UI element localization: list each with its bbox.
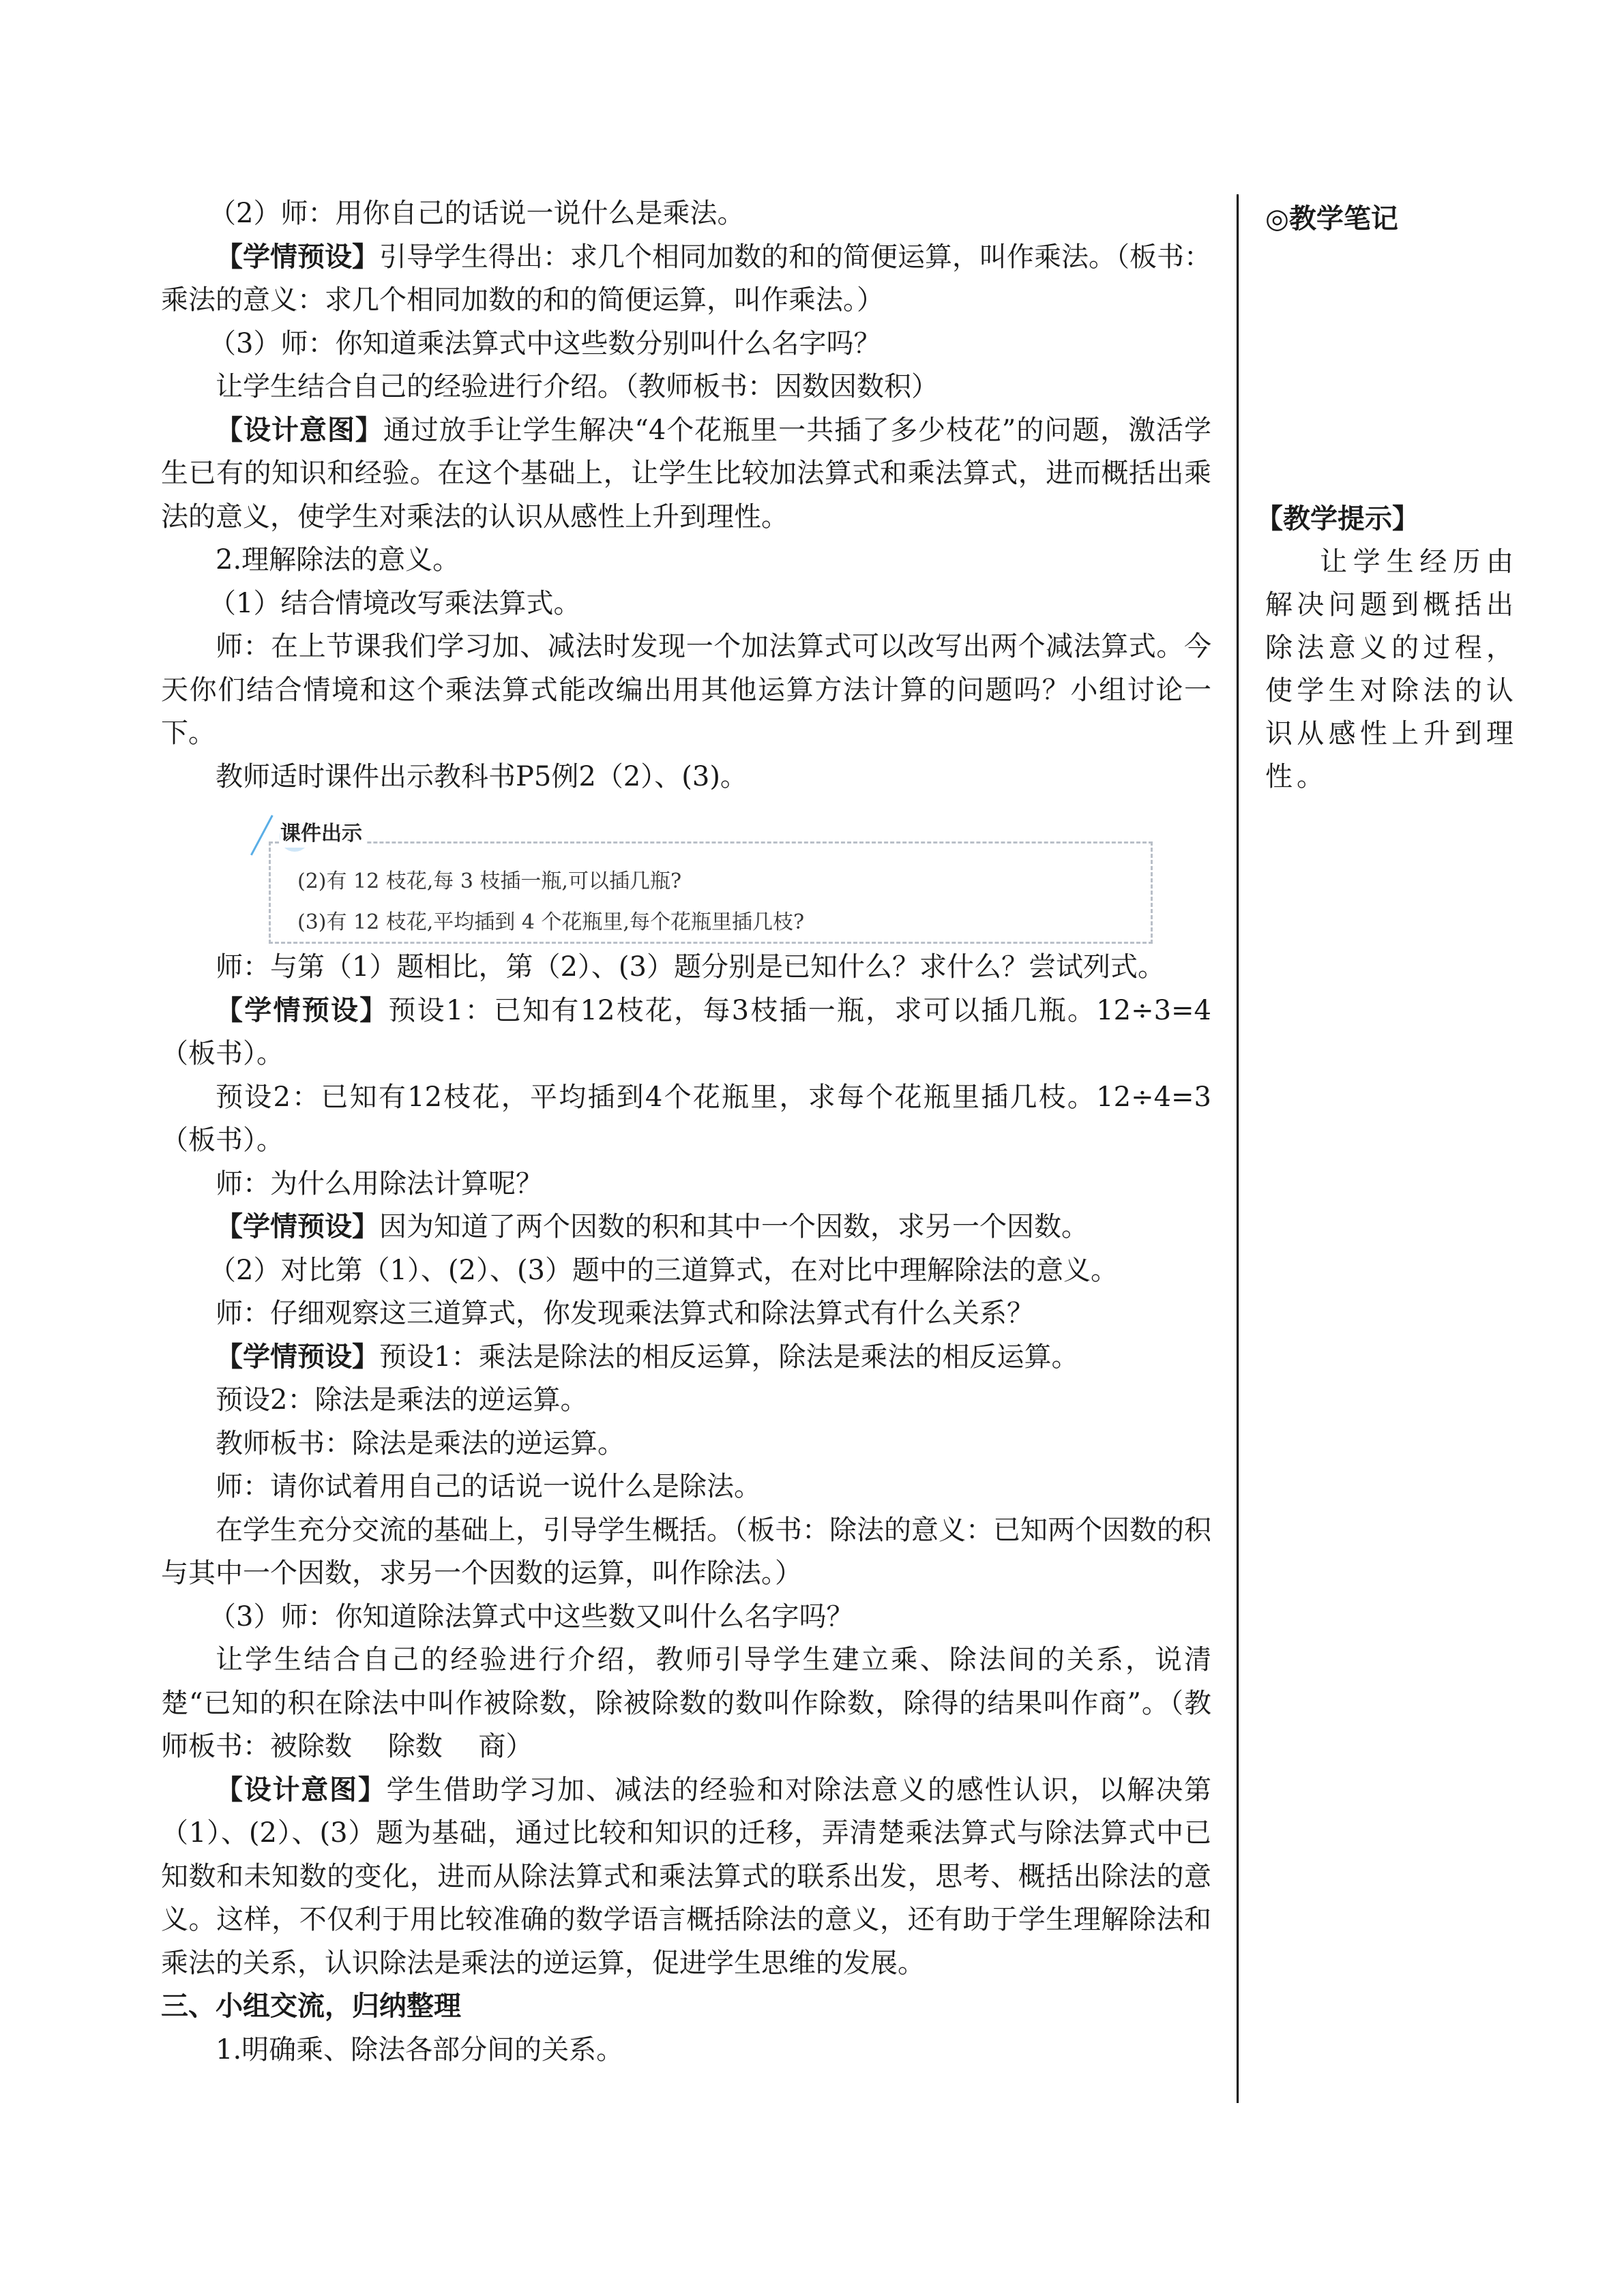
section-heading: 三、小组交流，归纳整理: [161, 1985, 1211, 2029]
paragraph: 预设2：已知有12枝花，平均插到4个花瓶里，求每个花瓶里插几枝。12÷4=3（板…: [161, 1076, 1211, 1163]
callout-title: 课件出示: [280, 820, 366, 848]
notes-title: ◎教学笔记: [1265, 198, 1518, 241]
paragraph: 师：在上节课我们学习加、减法时发现一个加法算式可以改写出两个减法算式。今天你们结…: [161, 625, 1211, 756]
label-tag: 【设计意图】: [216, 415, 383, 446]
paragraph: 师：请你试着用自己的话说一说什么是除法。: [161, 1465, 1211, 1509]
paragraph: 1.明确乘、除法各部分间的关系。: [161, 2029, 1211, 2072]
paragraph: 【设计意图】通过放手让学生解决“4个花瓶里一共插了多少枝花”的问题，激活学生已有…: [161, 409, 1211, 539]
teaching-tips-sidebar: 【教学提示】 让学生经历由解决问题到概括出除法意义的过程，使学生对除法的认识从感…: [1265, 498, 1518, 799]
label-tag: 【学情预设】: [216, 241, 379, 273]
callout-lines: (2)有 12 枝花,每 3 枝插一瓶,可以插几瓶? (3)有 12 枝花,平均…: [297, 861, 804, 943]
main-column: （2）师：用你自己的话说一说什么是乘法。 【学情预设】引导学生得出：求几个相同加…: [161, 192, 1211, 2072]
paragraph: 预设2：除法是乘法的逆运算。: [161, 1379, 1211, 1422]
paragraph: 师：与第（1）题相比，第（2）、(3）题分别是已知什么？求什么？尝试列式。: [161, 946, 1211, 989]
paragraph: 【学情预设】引导学生得出：求几个相同加数的和的简便运算，叫作乘法。（板书：乘法的…: [161, 236, 1211, 323]
label-tag: 【设计意图】: [216, 1774, 387, 1806]
paragraph: （3）师：你知道除法算式中这些数又叫什么名字吗？: [161, 1596, 1211, 1639]
paragraph: 【学情预设】因为知道了两个因数的积和其中一个因数，求另一个因数。: [161, 1206, 1211, 1249]
paragraph: 师：为什么用除法计算呢？: [161, 1163, 1211, 1206]
paragraph-text: 因为知道了两个因数的积和其中一个因数，求另一个因数。: [379, 1211, 1089, 1242]
paragraph: 让学生结合自己的经验进行介绍。（教师板书：因数因数积）: [161, 366, 1211, 409]
paragraph: 【学情预设】预设1：已知有12枝花，每3枝插一瓶，求可以插几瓶。12÷3=4（板…: [161, 989, 1211, 1076]
paragraph: 师：仔细观察这三道算式，你发现乘法算式和除法算式有什么关系？: [161, 1292, 1211, 1336]
label-tag: 【学情预设】: [216, 1211, 379, 1242]
tips-body: 让学生经历由解决问题到概括出除法意义的过程，使学生对除法的认识从感性上升到理性。: [1265, 541, 1518, 799]
label-tag: 【学情预设】: [216, 995, 388, 1026]
paragraph: 教师适时课件出示教科书P5例2（2）、(3)。: [161, 756, 1211, 799]
tips-title: 【教学提示】: [1256, 498, 1518, 541]
paragraph: （3）师：你知道乘法算式中这些数分别叫什么名字吗？: [161, 323, 1211, 366]
paragraph: 教师板书：除法是乘法的逆运算。: [161, 1422, 1211, 1466]
callout-line: (2)有 12 枝花,每 3 枝插一瓶,可以插几瓶?: [297, 861, 804, 902]
paragraph: （2）对比第（1）、(2）、(3）题中的三道算式，在对比中理解除法的意义。: [161, 1249, 1211, 1293]
section-heading: 2.理解除法的意义。: [161, 539, 1211, 582]
callout-line: (3)有 12 枝花,平均插到 4 个花瓶里,每个花瓶里插几枝?: [297, 902, 804, 943]
courseware-callout: 课件出示 (2)有 12 枝花,每 3 枝插一瓶,可以插几瓶? (3)有 12 …: [161, 812, 1211, 942]
paragraph: （1）结合情境改写乘法算式。: [161, 582, 1211, 626]
teaching-notes-sidebar: ◎教学笔记: [1265, 198, 1518, 241]
label-tag: 【学情预设】: [216, 1341, 379, 1373]
paragraph: 让学生结合自己的经验进行介绍，教师引导学生建立乘、除法间的关系，说清楚“已知的积…: [161, 1639, 1211, 1769]
paragraph-text: 预设1：乘法是除法的相反运算，除法是乘法的相反运算。: [379, 1341, 1078, 1373]
paragraph: 在学生充分交流的基础上，引导学生概括。（板书：除法的意义：已知两个因数的积与其中…: [161, 1509, 1211, 1596]
paragraph: 【设计意图】学生借助学习加、减法的经验和对除法意义的感性认识，以解决第（1）、(…: [161, 1769, 1211, 1986]
column-divider: [1237, 194, 1239, 2103]
paragraph: 【学情预设】预设1：乘法是除法的相反运算，除法是乘法的相反运算。: [161, 1336, 1211, 1380]
paragraph: （2）师：用你自己的话说一说什么是乘法。: [161, 192, 1211, 236]
